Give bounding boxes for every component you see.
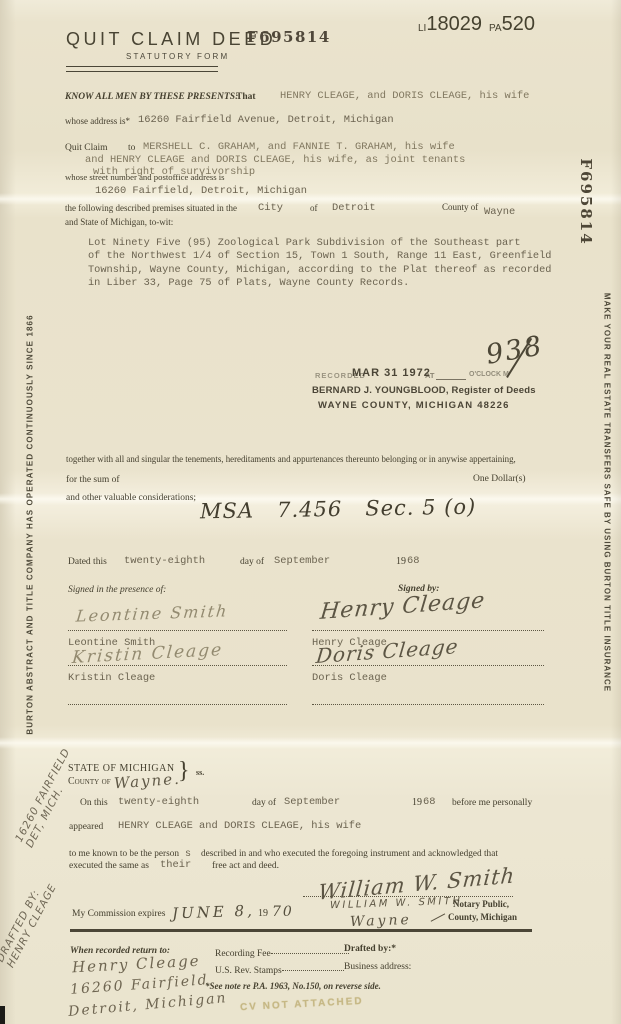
recorded-time-blank xyxy=(436,379,466,380)
executed-label: executed the same as xyxy=(69,861,149,871)
liber-number: 18029 xyxy=(426,13,482,36)
free-act-label: free act and deed. xyxy=(212,861,279,871)
left-margin-slogan: BURTON ABSTRACT AND TITLE COMPANY HAS OP… xyxy=(26,305,35,745)
year-typed: 68 xyxy=(407,555,419,567)
known-rest: described in and who executed the forego… xyxy=(201,849,498,859)
legal-description: Lot Ninety Five (95) Zoological Park Sub… xyxy=(88,237,551,291)
witness1-signature-line xyxy=(68,630,287,631)
brace: } xyxy=(178,758,190,785)
statutory-form-label: STATUTORY FORM xyxy=(126,52,229,61)
statute-handwritten: MSA 7.456 Sec. 5 (o) xyxy=(200,495,477,524)
recording-fee-blank xyxy=(271,946,349,954)
appeared-names-typed: HENRY CLEAGE and DORIS CLEAGE, his wife xyxy=(118,820,361,832)
on-this-label: On this xyxy=(80,798,108,808)
witness-label: Signed in the presence of: xyxy=(68,585,166,595)
deed-title: QUIT CLAIM DEED xyxy=(66,29,276,50)
legal-description-line: in Liber 33, Page 75 of Plats, Wayne Cou… xyxy=(88,277,551,290)
recording-fee-text: Recording Fee xyxy=(215,949,271,959)
commission-date-handwritten: JUNE 8, xyxy=(172,902,255,923)
ack-month-typed: September xyxy=(284,796,340,808)
recorded-at-label: AT xyxy=(425,371,434,380)
signer2-name: Doris Cleage xyxy=(312,672,387,684)
doc-number-stamp: F695814 xyxy=(247,28,331,46)
commission-year-printed: 19 xyxy=(258,908,268,919)
business-address-label: Business address: xyxy=(344,962,411,972)
pencil-note-drafted: DRAFTED BY: HENRY CLEAGE xyxy=(0,876,59,970)
commission-label: My Commission expires xyxy=(72,909,165,919)
year-printed: 19 xyxy=(396,556,406,567)
oclock-label: O'CLOCK xyxy=(469,371,501,378)
grantor-names: HENRY CLEAGE, and DORIS CLEAGE, his wife xyxy=(280,90,529,102)
city-name: Detroit xyxy=(332,202,376,214)
street-address-label: whose street number and postoffice addre… xyxy=(65,172,225,182)
drafted-by-label: Drafted by:* xyxy=(344,944,396,954)
ss-label: ss. xyxy=(196,768,204,777)
signer1-signature-line xyxy=(312,630,544,631)
witness2-name: Kristin Cleage xyxy=(68,672,155,684)
header-double-rule xyxy=(66,66,218,72)
blank-signature-line xyxy=(68,704,287,705)
together-line: together with all and singular the tenem… xyxy=(66,454,516,464)
state-line: and State of Michigan, to-wit: xyxy=(65,217,173,227)
ack-year-printed: 19 xyxy=(412,797,422,808)
month-typed: September xyxy=(274,555,330,567)
of-label: of xyxy=(310,203,318,213)
rev-stamps-label: U.S. Rev. Stamps xyxy=(215,963,344,976)
known-label: to me known to be the person xyxy=(69,849,179,859)
recorded-date: MAR 31 1972 xyxy=(352,367,431,379)
dated-label: Dated this xyxy=(68,557,107,567)
that-label: That xyxy=(236,92,256,102)
sum-label: for the sum of xyxy=(66,475,120,485)
ack-day-of-label: day of xyxy=(252,798,276,808)
pen-stroke xyxy=(431,913,446,922)
ack-year-typed: 68 xyxy=(423,796,435,808)
premises-label: the following described premises situate… xyxy=(65,203,237,213)
witness2-signature-line xyxy=(68,665,287,666)
signer2-signature-line xyxy=(312,665,544,666)
address-label: whose address is* xyxy=(65,116,130,126)
grantor-address: 16260 Fairfield Avenue, Detroit, Michiga… xyxy=(138,114,394,126)
deed-scan-page: QUIT CLAIM DEED STATUTORY FORM F695814 L… xyxy=(0,0,621,1024)
appeared-label: appeared xyxy=(69,822,103,832)
reverse-side-note: *See note re P.A. 1963, No.150, on rever… xyxy=(205,981,381,991)
right-margin-doc-number: F695814 xyxy=(577,157,595,247)
right-margin-slogan: MAKE YOUR REAL ESTATE TRANSFERS SAFE BY … xyxy=(603,258,612,728)
county-label: County of xyxy=(442,202,478,212)
rev-stamps-blank xyxy=(282,963,344,971)
quit-claim-label: Quit Claim xyxy=(65,143,108,153)
to-label: to xyxy=(128,143,135,153)
liber-page-stamp: LI18029PA520 xyxy=(418,13,535,36)
presents-label: KNOW ALL MEN BY THESE PRESENTS: xyxy=(65,92,238,102)
their-typed: their xyxy=(160,859,191,871)
county-michigan-label: County, Michigan xyxy=(448,912,517,922)
page-number: 520 xyxy=(502,13,535,36)
blank-signature-line xyxy=(312,704,544,705)
footer-rule xyxy=(70,929,532,932)
other-considerations-label: and other valuable considerations; xyxy=(66,493,196,503)
county-name: Wayne xyxy=(484,206,515,218)
ack-day-typed: twenty-eighth xyxy=(118,796,199,808)
fold-line-bottom xyxy=(0,737,621,749)
known-line: to me known to be the person s described… xyxy=(69,843,498,861)
grantee-names-line2: and HENRY CLEAGE and DORIS CLEAGE, his w… xyxy=(85,154,465,166)
legal-description-line: of the Northwest 1/4 of Section 15, Town… xyxy=(88,250,551,263)
signer1-signature: Henry Cleage xyxy=(319,588,487,625)
notary-public-label: Notary Public, xyxy=(453,899,509,909)
legal-description-line: Lot Ninety Five (95) Zoological Park Sub… xyxy=(88,237,551,250)
register-of-deeds-line: BERNARD J. YOUNGBLOOD, Register of Deeds xyxy=(312,385,536,396)
recording-fee-label: Recording Fee xyxy=(215,946,349,959)
scan-edge-artifact xyxy=(0,1006,5,1024)
notary-county-handwritten: Wayne xyxy=(350,912,412,930)
legal-description-line: Township, Wayne County, Michigan, accord… xyxy=(88,264,551,277)
rev-stamps-text: U.S. Rev. Stamps xyxy=(215,966,282,976)
county-of-label: County of xyxy=(68,776,111,787)
county-handwritten: Wayne. xyxy=(113,770,181,793)
witness1-signature: Leontine Smith xyxy=(75,601,229,625)
dated-day-typed: twenty-eighth xyxy=(124,555,205,567)
grantee-address: 16260 Fairfield, Detroit, Michigan xyxy=(95,185,307,197)
day-of-label: day of xyxy=(240,557,264,567)
faint-stamp: CV NOT ATTACHED xyxy=(240,996,364,1013)
grantee-names-line1: MERSHELL C. GRAHAM, and FANNIE T. GRAHAM… xyxy=(143,141,455,153)
page-prefix: PA xyxy=(489,23,502,34)
city-typed: City xyxy=(258,202,283,214)
sum-value: One Dollar(s) xyxy=(473,474,526,484)
commission-year-handwritten: 70 xyxy=(272,904,294,920)
stamp-county-line: WAYNE COUNTY, MICHIGAN 48226 xyxy=(318,400,510,411)
pencil-note-address: 16260 FAIRFIELD DET, MICH. xyxy=(13,746,83,849)
liber-prefix: LI xyxy=(418,23,426,34)
before-me-label: before me personally xyxy=(452,798,532,808)
